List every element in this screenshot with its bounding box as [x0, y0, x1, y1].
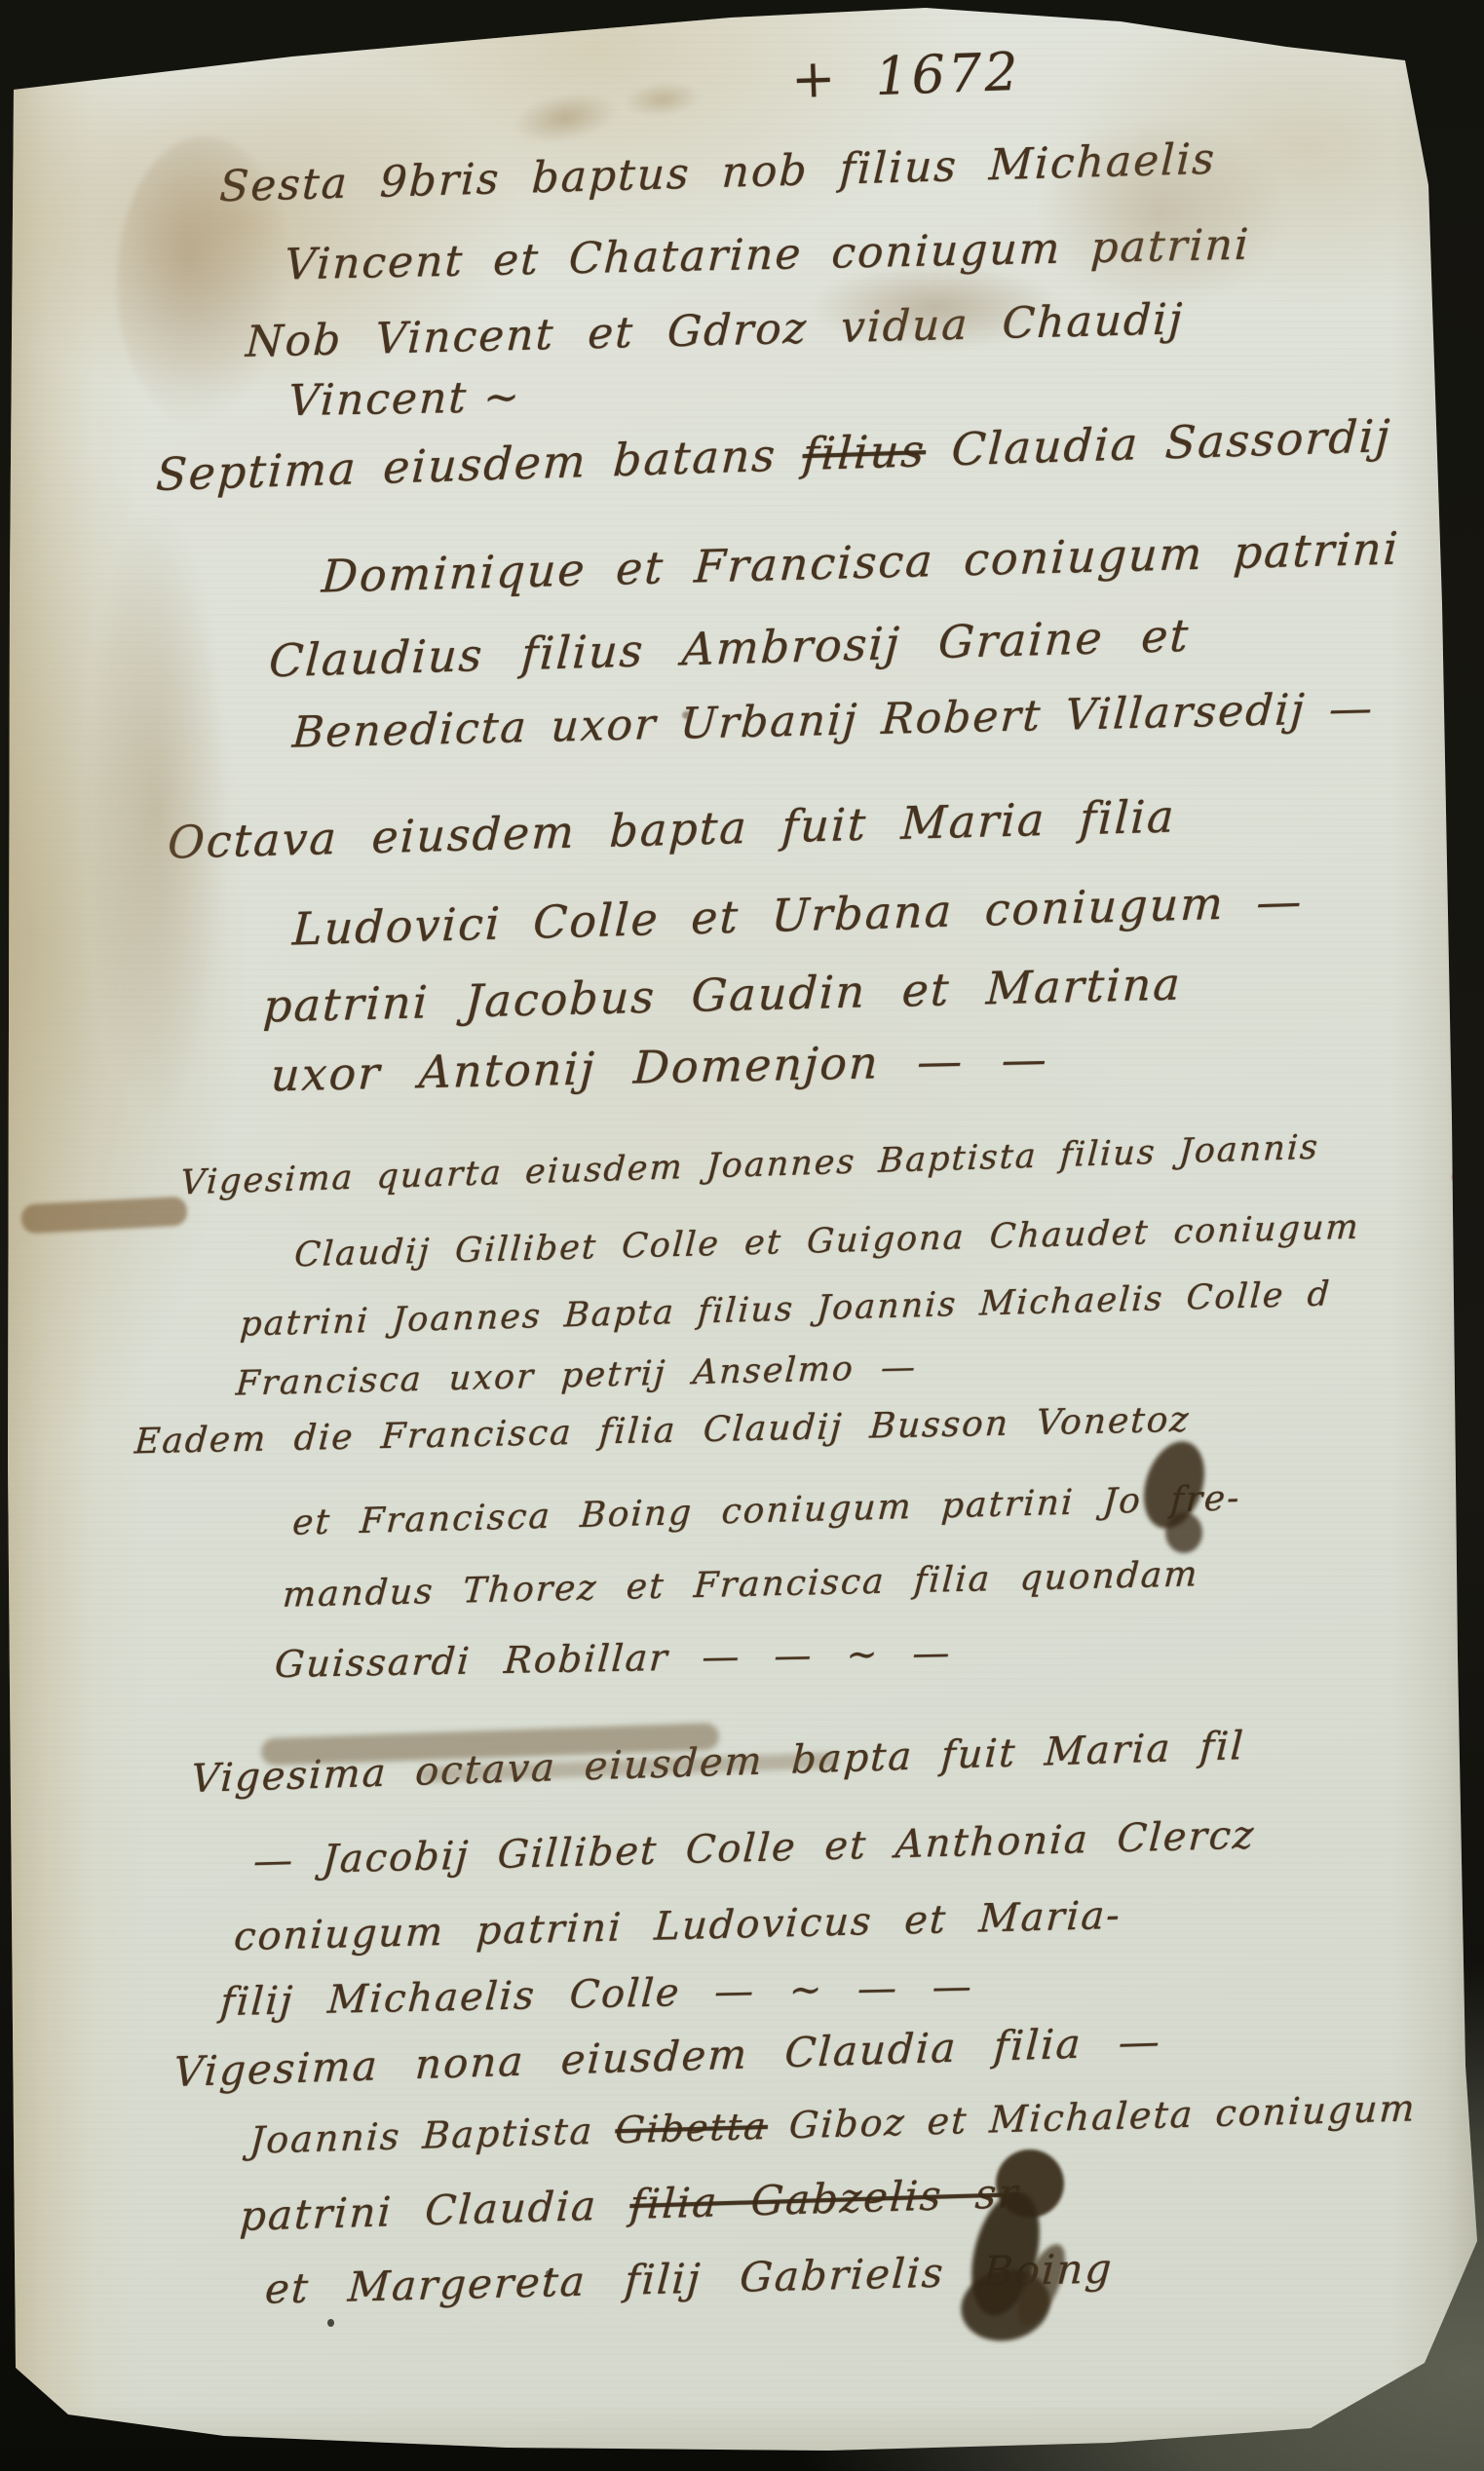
photograph-backdrop: +1672 Sesta 9bris baptus nob filius Mich…	[0, 0, 1484, 2471]
struck-segment: filia Gabzelis sr	[628, 2169, 1021, 2228]
manuscript-line: Vigesima nona eiusdem Claudia filia —	[172, 2017, 1162, 2096]
line-text: Vigesima nona eiusdem Claudia filia —	[172, 2017, 1162, 2096]
line-text: patrini Claudia	[239, 2181, 631, 2240]
manuscript-page: +1672 Sesta 9bris baptus nob filius Mich…	[0, 0, 1484, 2471]
manuscript-line: patrini Claudia filia Gabzelis sr	[239, 2169, 1021, 2240]
struck-segment: Gibetta	[614, 2105, 769, 2151]
line-text: et Margereta filij Gabrielis Boing	[264, 2244, 1115, 2312]
manuscript-line: et Margereta filij Gabrielis Boing	[264, 2244, 1115, 2312]
baptism-entry-7: Vigesima nona eiusdem Claudia filia — Jo…	[0, 0, 1484, 2471]
line-text: Joannis Baptista	[248, 2109, 617, 2162]
line-text: Giboz et Michaleta coniugum	[767, 2086, 1418, 2148]
manuscript-line: Joannis Baptista Gibetta Giboz et Michal…	[248, 2086, 1418, 2162]
